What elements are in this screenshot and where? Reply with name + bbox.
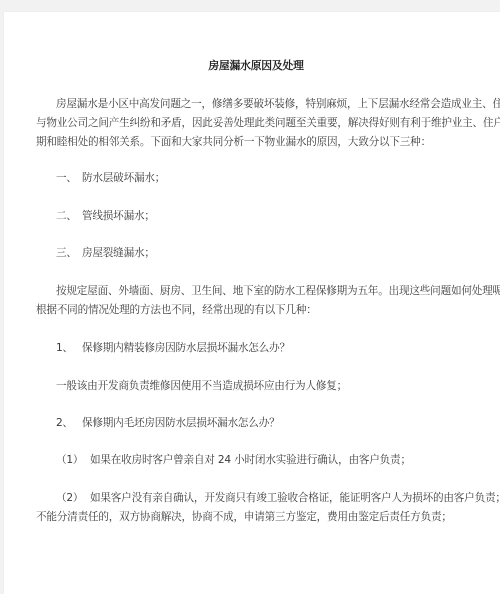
document-title: 房屋漏水原因及处理 <box>36 59 476 73</box>
sub-case-text: 如果客户没有亲自确认，开发商只有竣工验收合格证，能证明客户人为损坏的由客户负责； <box>90 491 500 505</box>
cause-number: 二、 <box>56 209 77 223</box>
intro-paragraph-line: 与物业公司之间产生纠纷和矛盾，因此妥善处理此类问题至关重要，解决得好则有利于维护… <box>36 116 500 130</box>
intro-paragraph-line: 期和睦相处的相邻关系。下面和大家共同分析一下物业漏水的原因，大致分以下三种： <box>36 135 431 149</box>
sub-case-text: 如果在收房时客户曾亲自对 24 小时闭水实验进行确认，由客户负责； <box>90 453 411 467</box>
case-heading: 保修期内精装修房因防水层损坏漏水怎么办？ <box>82 341 290 355</box>
cause-item: 管线损坏漏水； <box>82 209 155 223</box>
sub-case-number: （1） <box>56 453 83 467</box>
cause-item: 防水层破坏漏水； <box>82 171 165 185</box>
case-answer: 一般该由开发商负责维修因使用不当造成损坏应由行为人修复； <box>56 379 347 393</box>
document-page: 房屋漏水原因及处理 房屋漏水是小区中高发问题之一，修缮多要破坏装修，特别麻烦，上… <box>4 12 500 594</box>
cause-number: 三、 <box>56 246 77 260</box>
sub-case-text: 不能分清责任的，双方协商解决，协商不成，申请第三方鉴定，费用由鉴定后责任方负责； <box>36 510 452 524</box>
case-number: 1、 <box>56 341 73 355</box>
intro-paragraph-line: 房屋漏水是小区中高发问题之一，修缮多要破坏装修，特别麻烦，上下层漏水经常会造成业… <box>56 97 500 111</box>
cause-number: 一、 <box>56 171 77 185</box>
warranty-paragraph-line: 按规定屋面、外墙面、厨房、卫生间、地下室的防水工程保修期为五年。出现这些问题如何… <box>56 284 500 298</box>
warranty-paragraph-line: 根据不同的情况处理的方法也不同，经常出现的有以下几种： <box>36 303 317 317</box>
case-number: 2、 <box>56 416 73 430</box>
cause-item: 房屋裂缝漏水； <box>82 246 155 260</box>
sub-case-number: （2） <box>56 491 83 505</box>
case-heading: 保修期内毛坯房因防水层损坏漏水怎么办？ <box>82 416 279 430</box>
